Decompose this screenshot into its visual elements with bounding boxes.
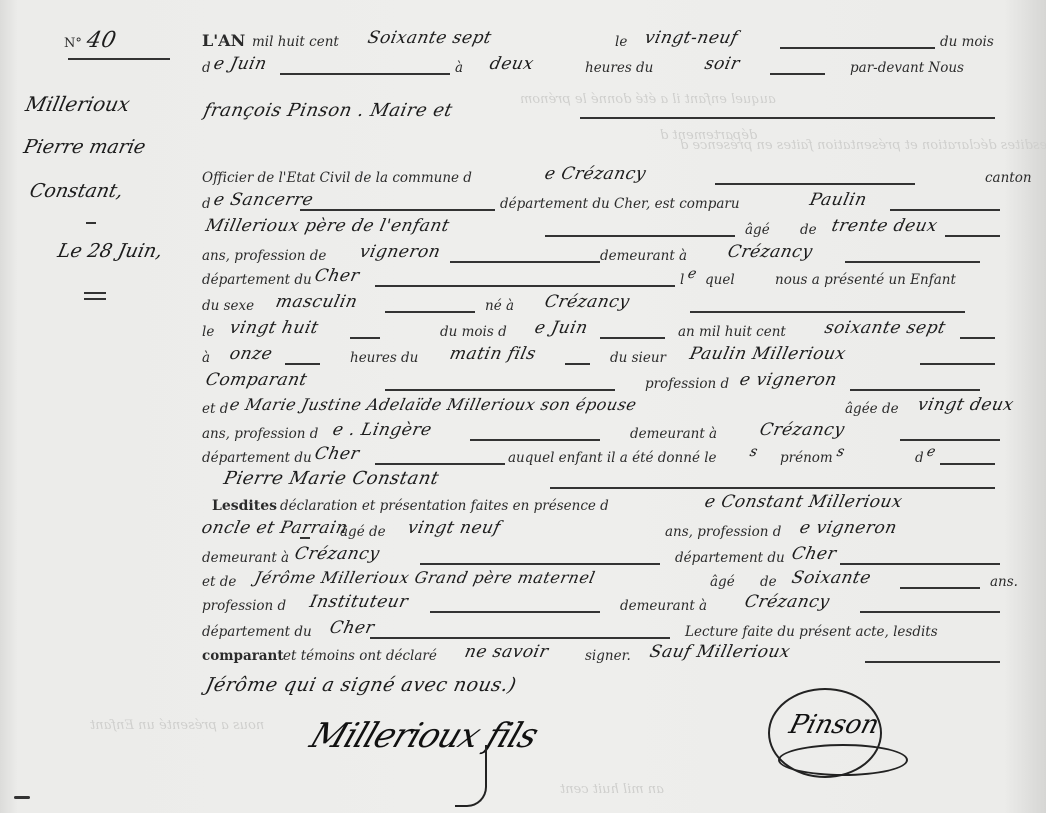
signature-witness: Millerioux fils bbox=[305, 716, 543, 756]
print-text: à bbox=[202, 350, 210, 366]
line-17: Lesdites déclaration et présentation fai… bbox=[200, 494, 1025, 520]
fill-rule bbox=[385, 311, 475, 313]
print-text: et d bbox=[202, 401, 228, 417]
line-22: département du Cher Lecture faite du pré… bbox=[200, 620, 1025, 646]
handwritten-department: Cher bbox=[313, 266, 361, 286]
fill-rule bbox=[580, 117, 995, 119]
record-number: N° 40 bbox=[64, 28, 116, 53]
fill-rule bbox=[370, 637, 670, 639]
handwritten-sex: masculin bbox=[274, 292, 360, 312]
handwritten-hour: deux bbox=[488, 54, 536, 74]
fill-rule bbox=[780, 47, 935, 49]
print-text: d bbox=[915, 450, 924, 466]
print-text: ans. bbox=[990, 574, 1018, 590]
print-text: et de bbox=[202, 574, 236, 590]
fill-rule bbox=[280, 73, 450, 75]
fill-rule bbox=[350, 337, 380, 339]
ink-mark bbox=[14, 796, 30, 799]
handwritten-department: Cher bbox=[790, 544, 838, 564]
handwritten-profession: vigneron bbox=[358, 242, 443, 262]
handwritten-witness-2: Jérôme Millerioux Grand père maternel bbox=[253, 568, 597, 587]
line-24: Jérôme qui a signé avec nous.) bbox=[200, 676, 1025, 702]
fill-rule bbox=[770, 73, 825, 75]
fill-rule bbox=[450, 261, 600, 263]
print-text: du sieur bbox=[610, 350, 666, 366]
fill-rule bbox=[375, 463, 505, 465]
handwritten-birth-hour: onze bbox=[228, 344, 274, 364]
handwritten-witness-2-age: Soixante bbox=[790, 568, 873, 588]
handwritten-e: e bbox=[925, 444, 937, 460]
print-text: heures du bbox=[585, 60, 653, 76]
print-text: département du bbox=[202, 450, 312, 466]
print-text: auquel enfant il a été donné le bbox=[508, 450, 717, 466]
print-text: âgé bbox=[710, 574, 735, 590]
handwritten-mayor: françois Pinson . Maire et bbox=[202, 100, 455, 121]
print-text: département du Cher, est comparu bbox=[500, 196, 740, 212]
signature-mayor-loop-2 bbox=[778, 744, 908, 776]
print-text: et témoins ont déclaré bbox=[283, 648, 437, 664]
signature-witness-flourish bbox=[455, 745, 487, 807]
handwritten-father-role: Comparant bbox=[204, 370, 309, 390]
fill-rule bbox=[550, 487, 995, 489]
handwritten-mother-age: vingt deux bbox=[916, 395, 1016, 415]
print-text: âgé bbox=[745, 222, 770, 238]
fill-rule bbox=[920, 363, 995, 365]
fill-rule bbox=[960, 337, 995, 339]
line-13: et d e Marie Justine Adelaïde Millerioux… bbox=[200, 397, 1025, 423]
print-text: par-devant Nous bbox=[850, 60, 964, 76]
bleed-through-text: Lesdites déclaration et présentation fai… bbox=[680, 138, 1046, 153]
print-text: du mois bbox=[940, 34, 994, 50]
print-text: d bbox=[202, 196, 211, 212]
print-text: heures du bbox=[350, 350, 418, 366]
print-text: profession d bbox=[202, 598, 286, 614]
line-6: Millerioux père de l'enfant âgé de trent… bbox=[200, 218, 1025, 244]
fill-rule bbox=[715, 183, 915, 185]
handwritten-witness-1-relation: oncle et Parrain bbox=[200, 518, 350, 538]
print-text: département du bbox=[675, 550, 785, 566]
handwritten-child-names: Pierre Marie Constant bbox=[222, 468, 441, 489]
fill-rule bbox=[565, 363, 590, 365]
fill-rule bbox=[840, 563, 1000, 565]
handwritten-department: Cher bbox=[313, 444, 361, 464]
print-text: de bbox=[800, 222, 817, 238]
handwritten-canton: e Sancerre bbox=[212, 190, 315, 210]
handwritten-mother-residence: Crézancy bbox=[758, 420, 847, 440]
handwritten-day: vingt-neuf bbox=[643, 28, 740, 48]
margin-double-rule bbox=[84, 292, 106, 300]
print-text: ans, profession de bbox=[202, 248, 326, 264]
print-text-bold: comparant bbox=[202, 648, 284, 664]
fill-rule bbox=[300, 209, 495, 211]
fill-rule bbox=[945, 235, 1000, 237]
margin-date: Le 28 Juin, bbox=[56, 240, 165, 262]
line-1: L'AN mil huit cent Soixante sept le ving… bbox=[200, 30, 1025, 56]
year-label: L'AN bbox=[202, 31, 245, 50]
handwritten-birth-year: soixante sept bbox=[823, 318, 948, 338]
print-text: département du bbox=[202, 272, 312, 288]
line-5: d e Sancerre département du Cher, est co… bbox=[200, 192, 1025, 218]
print-text: ans, profession d bbox=[202, 426, 318, 442]
print-text: du mois d bbox=[440, 324, 507, 340]
fill-rule bbox=[420, 563, 660, 565]
print-text: ans, profession d bbox=[665, 524, 781, 540]
handwritten-father-name: Paulin Millerioux bbox=[688, 344, 848, 364]
print-text: d bbox=[202, 60, 211, 76]
handwritten-mother-name: e Marie Justine Adelaïde Millerioux son … bbox=[228, 395, 639, 414]
print-text: an mil huit cent bbox=[678, 324, 786, 340]
handwritten-month: e Juin bbox=[212, 54, 269, 74]
print-text: demeurant à bbox=[600, 248, 687, 264]
print-text: quel bbox=[705, 272, 735, 288]
handwritten-declarant-name: Millerioux père de l'enfant bbox=[204, 216, 451, 236]
fill-rule bbox=[375, 285, 675, 287]
line-2: d e Juin à deux heures du soir par-devan… bbox=[200, 56, 1025, 82]
margin-given-names: Pierre marie bbox=[22, 136, 148, 158]
handwritten-witness-1-profession: e vigneron bbox=[798, 518, 899, 538]
fill-rule bbox=[890, 209, 1000, 211]
fill-rule bbox=[850, 389, 980, 391]
handwritten-birth-time: matin fils bbox=[448, 344, 538, 364]
handwritten-commune: e Crézancy bbox=[543, 164, 648, 184]
fill-rule bbox=[545, 235, 735, 237]
handwritten-declarant-age: trente deux bbox=[830, 216, 940, 236]
fill-rule bbox=[900, 587, 980, 589]
number-underline bbox=[68, 58, 170, 60]
print-text: signer. bbox=[585, 648, 631, 664]
fill-rule bbox=[900, 439, 1000, 441]
handwritten-signed-note: Jérôme qui a signé avec nous.) bbox=[204, 674, 519, 696]
line-18: oncle et Parrain âgé de vingt neuf ans, … bbox=[200, 520, 1025, 546]
line-8: département du Cher l e quel nous a prés… bbox=[200, 268, 1025, 294]
print-text-bold: Lesdites bbox=[212, 498, 277, 514]
print-text: demeurant à bbox=[620, 598, 707, 614]
handwritten-year: Soixante sept bbox=[366, 28, 494, 48]
print-text: déclaration et présentation faites en pr… bbox=[280, 498, 609, 514]
handwritten-witness-1: e Constant Millerioux bbox=[703, 492, 904, 512]
number-prefix: N° bbox=[64, 36, 82, 51]
handwritten-birthplace: Crézancy bbox=[543, 292, 632, 312]
fill-rule bbox=[940, 463, 995, 465]
handwritten-declarant-first: Paulin bbox=[808, 190, 869, 210]
handwritten-exception: Sauf Millerioux bbox=[648, 642, 792, 662]
handwritten-witness-2-residence: Crézancy bbox=[743, 592, 832, 612]
document-page: auquel enfant il a été donné le prénom d… bbox=[0, 0, 1046, 813]
print-text: le bbox=[615, 34, 627, 50]
margin-surname: Millerioux bbox=[23, 92, 132, 116]
print-text: le bbox=[202, 324, 214, 340]
fill-rule bbox=[470, 439, 600, 441]
handwritten-witness-2-profession: Instituteur bbox=[308, 592, 410, 612]
line-11: à onze heures du matin fils du sieur Pau… bbox=[200, 346, 1025, 372]
fill-rule bbox=[600, 337, 665, 339]
line-23: comparant et témoins ont déclaré ne savo… bbox=[200, 644, 1025, 670]
fill-rule bbox=[285, 363, 320, 365]
print-text: département du bbox=[202, 624, 312, 640]
fill-rule bbox=[865, 661, 1000, 663]
print-text: demeurant à bbox=[630, 426, 717, 442]
margin-dash bbox=[86, 222, 96, 224]
print-text: Lecture faite du présent acte, lesdits bbox=[685, 624, 938, 640]
handwritten-gender-marker: e bbox=[686, 266, 698, 282]
fill-rule bbox=[845, 261, 980, 263]
handwritten-mother-profession: e . Lingère bbox=[331, 420, 434, 440]
print-text: demeurant à bbox=[202, 550, 289, 566]
line-10: le vingt huit du mois d e Juin an mil hu… bbox=[200, 320, 1025, 346]
bleed-through-text: nous a présenté un Enfant bbox=[90, 718, 264, 733]
print-text: à bbox=[455, 60, 463, 76]
handwritten-witness-1-residence: Crézancy bbox=[293, 544, 382, 564]
handwritten-birth-day: vingt huit bbox=[228, 318, 321, 338]
fill-rule bbox=[300, 537, 310, 539]
print-text: âgé de bbox=[340, 524, 386, 540]
print-text: canton bbox=[985, 170, 1032, 186]
print-text: nous a présenté un Enfant bbox=[775, 272, 956, 288]
handwritten-birth-month: e Juin bbox=[533, 318, 590, 338]
handwritten-department: Cher bbox=[328, 618, 376, 638]
fill-rule bbox=[690, 311, 965, 313]
line-21: profession d Instituteur demeurant à Cré… bbox=[200, 594, 1025, 620]
fill-rule bbox=[430, 611, 600, 613]
print-text: prénom bbox=[780, 450, 833, 466]
print-text: l bbox=[680, 272, 684, 288]
handwritten-witness-1-age: vingt neuf bbox=[406, 518, 503, 538]
print-text: profession d bbox=[645, 376, 729, 392]
print-text: de bbox=[760, 574, 777, 590]
line-4: Officier de l'Etat Civil de la commune d… bbox=[200, 166, 1025, 192]
handwritten-residence: Crézancy bbox=[726, 242, 815, 262]
signature-mayor: Pinson bbox=[786, 710, 882, 740]
handwritten-plural-s: s bbox=[835, 444, 846, 460]
handwritten-plural-s: s bbox=[748, 444, 759, 460]
number-value: 40 bbox=[84, 28, 118, 53]
handwritten-time-of-day: soir bbox=[703, 54, 742, 74]
print-text: âgée de bbox=[845, 401, 899, 417]
line-9: du sexe masculin né à Crézancy bbox=[200, 294, 1025, 320]
print-text: mil huit cent bbox=[252, 34, 339, 50]
margin-given-name-3: Constant, bbox=[28, 180, 126, 202]
print-text: né à bbox=[485, 298, 514, 314]
print-text: du sexe bbox=[202, 298, 254, 314]
handwritten-cannot-sign: ne savoir bbox=[463, 642, 550, 662]
bleed-through-text: an mil huit cent bbox=[560, 782, 664, 797]
fill-rule bbox=[385, 389, 615, 391]
line-3: françois Pinson . Maire et bbox=[200, 102, 1025, 128]
handwritten-father-profession: e vigneron bbox=[738, 370, 839, 390]
print-text: Officier de l'Etat Civil de la commune d bbox=[202, 170, 472, 186]
fill-rule bbox=[860, 611, 1000, 613]
